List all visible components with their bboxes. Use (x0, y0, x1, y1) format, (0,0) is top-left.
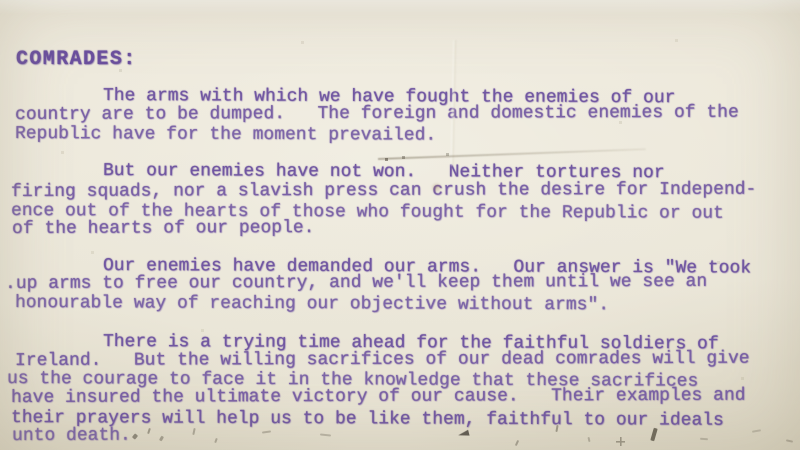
typed-line: of the hearts of our people. (12, 219, 315, 238)
smudge-mark (192, 428, 195, 435)
typed-line: .up arms to free our country, and we'll … (5, 273, 707, 293)
typewritten-letter-page: COMRADES: The arms with which we have fo… (0, 0, 800, 450)
smudge-mark (752, 429, 761, 433)
smudge-mark (262, 430, 271, 433)
typed-line: country are to be dumped. The foreign an… (15, 104, 739, 124)
arrow-smudge-mark (457, 430, 469, 438)
typed-line: firing squads, nor a slavish press can c… (11, 181, 756, 201)
smudge-mark (515, 440, 519, 446)
smudge-mark (214, 438, 218, 443)
typed-line: unto death. (12, 427, 131, 445)
smudge-mark (132, 433, 138, 439)
cross-smudge-mark (616, 437, 625, 446)
typed-line: But our enemies have not won. Neither to… (103, 162, 665, 182)
smudge-mark (786, 439, 793, 442)
smudge-mark (159, 436, 164, 442)
typed-line: Ireland. But the willing sacrifices of o… (15, 350, 750, 370)
salutation: COMRADES: (16, 51, 137, 69)
paper-stain (430, 183, 443, 192)
smudge-mark (700, 438, 708, 441)
smudge-mark (588, 437, 591, 442)
paper-specks (0, 0, 1, 1)
smudge-mark (147, 428, 151, 434)
typed-line: have insured the ultimate victory of our… (11, 387, 746, 407)
horizontal-crease (378, 148, 646, 160)
typed-line: Republic have for the moment prevailed. (15, 125, 436, 145)
typed-line: honourable way of reaching our objective… (15, 294, 609, 314)
smudge-mark (320, 433, 331, 436)
